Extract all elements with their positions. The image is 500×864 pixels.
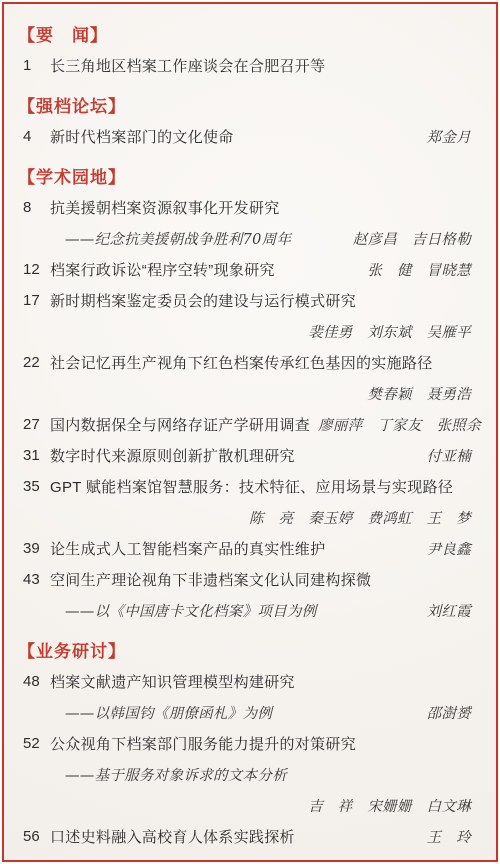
article-title: GPT 赋能档案馆智慧服务：技术特征、应用场景与实现路径 bbox=[50, 476, 453, 497]
toc-entry-authors-line: 吉 祥 宋姗姗 白文琳 bbox=[4, 790, 496, 821]
page-number: 35 bbox=[23, 478, 50, 495]
page-number: 1 bbox=[23, 57, 50, 74]
article-title: 档案行政诉讼“程序空转”现象研究 bbox=[50, 259, 275, 280]
article-title: 社会记忆再生产视角下红色档案传承红色基因的实施路径 bbox=[50, 352, 433, 373]
toc-entry: 35GPT 赋能档案馆智慧服务：技术特征、应用场景与实现路径 bbox=[4, 471, 496, 502]
article-title: 档案文献遗产知识管理模型构建研究 bbox=[50, 671, 295, 692]
toc-entry-subtitle: ——基于服务对象诉求的文本分析 bbox=[4, 759, 496, 790]
section-header-label: 【学术园地】 bbox=[18, 163, 126, 188]
toc-entry-authors-line: 樊春颖 聂勇浩 bbox=[4, 378, 496, 409]
article-title: 新时期档案鉴定委员会的建设与运行模式研究 bbox=[50, 290, 356, 311]
section-header-label: 【要 闻】 bbox=[18, 21, 108, 46]
page-number: 39 bbox=[23, 540, 50, 557]
page-number: 4 bbox=[23, 128, 50, 145]
section-header: 【要 闻】 bbox=[4, 16, 496, 50]
page-number: 8 bbox=[23, 199, 50, 216]
toc-entry: 22社会记忆再生产视角下红色档案传承红色基因的实施路径 bbox=[4, 347, 496, 378]
page-number: 43 bbox=[23, 571, 50, 588]
article-authors: 邵澍赟 bbox=[419, 702, 471, 723]
toc-entry: 27国内数据保全与网络存证产学研用调查廖丽萍 丁家友 张照余 bbox=[4, 409, 496, 440]
article-title: 数字时代来源原则创新扩散机理研究 bbox=[50, 445, 295, 466]
article-title: 抗美援朝档案资源叙事化开发研究 bbox=[50, 197, 280, 218]
article-authors: 陈 亮 秦玉婷 费鸿虹 王 梦 bbox=[249, 507, 471, 528]
article-authors: 付亚楠 bbox=[419, 445, 471, 466]
article-subtitle: ——以《中国唐卡文化档案》项目为例 bbox=[65, 600, 317, 621]
article-authors: 张 健 冒晓慧 bbox=[359, 259, 471, 280]
page-number: 48 bbox=[23, 673, 50, 690]
page-number: 17 bbox=[23, 292, 50, 309]
article-title: 空间生产理论视角下非遗档案文化认同建构探微 bbox=[50, 569, 371, 590]
toc-entry: 1长三角地区档案工作座谈会在合肥召开等 bbox=[4, 50, 496, 81]
article-authors: 尹良鑫 bbox=[419, 538, 471, 559]
toc-entry-subtitle: ——纪念抗美援朝战争胜利70周年赵彦昌 吉日格勒 bbox=[4, 223, 496, 254]
section-header: 【学术园地】 bbox=[4, 158, 496, 192]
toc-entry: 4新时代档案部门的文化使命郑金月 bbox=[4, 121, 496, 152]
section-header: 【业务研讨】 bbox=[4, 632, 496, 666]
article-title: 新时代档案部门的文化使命 bbox=[50, 126, 234, 147]
toc-entry: 31数字时代来源原则创新扩散机理研究付亚楠 bbox=[4, 440, 496, 471]
article-authors: 郑金月 bbox=[419, 126, 471, 147]
section-header: 【强档论坛】 bbox=[4, 87, 496, 121]
article-title: 论生成式人工智能档案产品的真实性维护 bbox=[50, 538, 325, 559]
toc-entry-subtitle: ——以韩国钧《朋僚函札》为例邵澍赟 bbox=[4, 697, 496, 728]
toc-entry: 56口述史料融入高校育人体系实践探析王 玲 bbox=[4, 821, 496, 852]
article-title: 公众视角下档案部门服务能力提升的对策研究 bbox=[50, 733, 356, 754]
toc-entry: 17新时期档案鉴定委员会的建设与运行模式研究 bbox=[4, 285, 496, 316]
page-number: 52 bbox=[23, 735, 50, 752]
article-subtitle: ——纪念抗美援朝战争胜利70周年 bbox=[65, 228, 291, 249]
toc-entry: 43空间生产理论视角下非遗档案文化认同建构探微 bbox=[4, 564, 496, 595]
page-number: 22 bbox=[23, 354, 50, 371]
article-authors: 刘红霞 bbox=[419, 600, 471, 621]
toc-entry-subtitle: ——以《中国唐卡文化档案》项目为例刘红霞 bbox=[4, 595, 496, 626]
section-header-label: 【强档论坛】 bbox=[18, 92, 126, 117]
article-authors: 裴佳勇 刘东斌 吴雁平 bbox=[308, 321, 471, 342]
page-number: 27 bbox=[23, 416, 50, 433]
article-title: 口述史料融入高校育人体系实践探析 bbox=[50, 826, 295, 847]
journal-toc-page: 【要 闻】1长三角地区档案工作座谈会在合肥召开等【强档论坛】4新时代档案部门的文… bbox=[0, 0, 500, 864]
toc-entry: 12档案行政诉讼“程序空转”现象研究张 健 冒晓慧 bbox=[4, 254, 496, 285]
toc-list: 【要 闻】1长三角地区档案工作座谈会在合肥召开等【强档论坛】4新时代档案部门的文… bbox=[4, 16, 496, 852]
toc-entry-authors-line: 陈 亮 秦玉婷 费鸿虹 王 梦 bbox=[4, 502, 496, 533]
article-authors: 王 玲 bbox=[419, 826, 471, 847]
article-authors: 樊春颖 聂勇浩 bbox=[367, 383, 471, 404]
page-number: 56 bbox=[23, 828, 50, 845]
article-subtitle: ——以韩国钧《朋僚函札》为例 bbox=[65, 702, 272, 723]
page-number: 12 bbox=[23, 261, 50, 278]
article-subtitle: ——基于服务对象诉求的文本分析 bbox=[65, 764, 287, 785]
toc-entry: 39论生成式人工智能档案产品的真实性维护尹良鑫 bbox=[4, 533, 496, 564]
toc-entry: 8抗美援朝档案资源叙事化开发研究 bbox=[4, 192, 496, 223]
article-authors: 赵彦昌 吉日格勒 bbox=[345, 228, 471, 249]
article-authors: 吉 祥 宋姗姗 白文琳 bbox=[308, 795, 471, 816]
article-title: 国内数据保全与网络存证产学研用调查 bbox=[50, 414, 310, 435]
toc-entry: 48档案文献遗产知识管理模型构建研究 bbox=[4, 666, 496, 697]
toc-entry: 52公众视角下档案部门服务能力提升的对策研究 bbox=[4, 728, 496, 759]
page-number: 31 bbox=[23, 447, 50, 464]
toc-red-frame: 【要 闻】1长三角地区档案工作座谈会在合肥召开等【强档论坛】4新时代档案部门的文… bbox=[2, 2, 498, 862]
article-title: 长三角地区档案工作座谈会在合肥召开等 bbox=[50, 55, 325, 76]
article-authors: 廖丽萍 丁家友 张照余 bbox=[310, 414, 481, 435]
section-header-label: 【业务研讨】 bbox=[18, 637, 126, 662]
toc-entry-authors-line: 裴佳勇 刘东斌 吴雁平 bbox=[4, 316, 496, 347]
